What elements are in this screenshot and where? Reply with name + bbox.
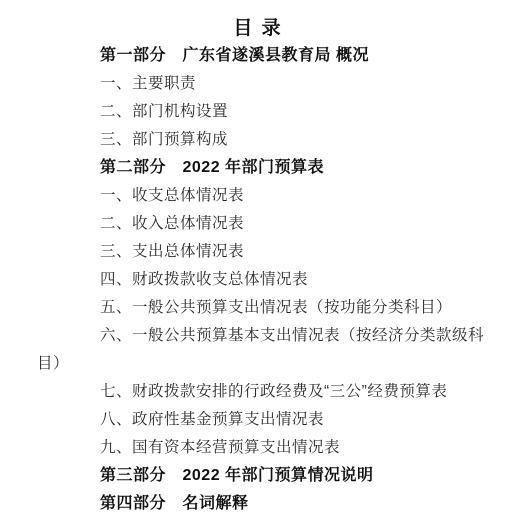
toc-entry: 六、一般公共预算基本支出情况表（按经济分类款级科目） <box>37 322 504 378</box>
toc-entry: 二、部门机构设置 <box>37 98 504 126</box>
toc-entry: 九、国有资本经营预算支出情况表 <box>37 434 504 462</box>
toc-entry: 三、部门预算构成 <box>37 126 504 154</box>
toc-section-heading: 第三部分 2022 年部门预算情况说明 <box>37 462 504 490</box>
document-page: 目 录 第一部分 广东省遂溪县教育局 概况 一、主要职责 二、部门机构设置 三、… <box>0 0 516 513</box>
toc-entry: 四、财政拨款收支总体情况表 <box>37 266 504 294</box>
table-of-contents: 第一部分 广东省遂溪县教育局 概况 一、主要职责 二、部门机构设置 三、部门预算… <box>37 42 504 513</box>
toc-section-heading: 第二部分 2022 年部门预算表 <box>37 154 504 182</box>
toc-section-heading: 第一部分 广东省遂溪县教育局 概况 <box>37 42 504 70</box>
page-title: 目 录 <box>12 16 504 42</box>
toc-section-heading: 第四部分 名词解释 <box>37 490 504 513</box>
toc-entry: 一、主要职责 <box>37 70 504 98</box>
toc-entry: 五、一般公共预算支出情况表（按功能分类科目） <box>37 294 504 322</box>
toc-entry: 二、收入总体情况表 <box>37 210 504 238</box>
toc-entry: 八、政府性基金预算支出情况表 <box>37 406 504 434</box>
toc-entry: 七、财政拨款安排的行政经费及“三公”经费预算表 <box>37 378 504 406</box>
toc-entry: 一、收支总体情况表 <box>37 182 504 210</box>
toc-entry: 三、支出总体情况表 <box>37 238 504 266</box>
